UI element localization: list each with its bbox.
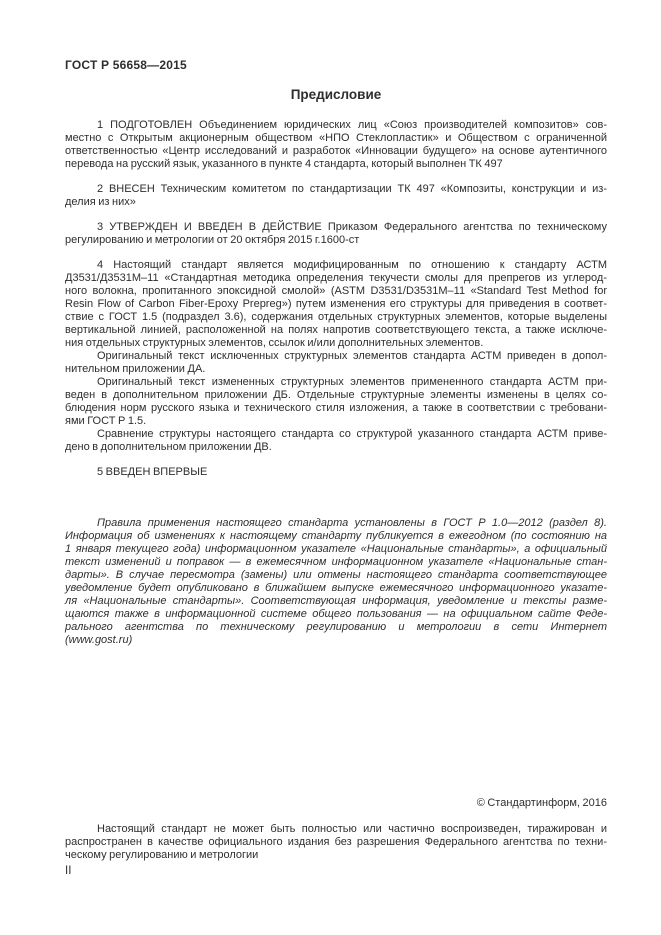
text-line: щаются также в информационной системе об… <box>65 608 607 621</box>
text-line: ля «Национальные стандарты». Соответству… <box>65 595 607 608</box>
text-line: Настоящий стандарт не может быть полност… <box>65 823 607 836</box>
text-line: Оригинальный текст измененных структурны… <box>65 376 607 389</box>
text-line: дено в дополнительном приложении ДВ. <box>65 441 607 454</box>
text-line: Сравнение структуры настоящего стандарта… <box>65 428 607 441</box>
text-line: Д3531/Д3531М–11 «Стандартная методика оп… <box>65 272 607 285</box>
text-line: 5 ВВЕДЕН ВПЕРВЫЕ <box>65 466 607 479</box>
text-line: (www.gost.ru) <box>65 634 607 647</box>
text-line: Оригинальный текст исключенных структурн… <box>65 350 607 363</box>
foreword-paragraph: Оригинальный текст исключенных структурн… <box>65 350 607 376</box>
text-line: ответственностью «Центр исследований и р… <box>65 145 607 158</box>
text-line: 3 УТВЕРЖДЕН И ВВЕДЕН В ДЕЙСТВИЕ Приказом… <box>65 221 607 234</box>
text-line: дарты». В случае пересмотра (замены) или… <box>65 569 607 582</box>
foreword-paragraph: Настоящий стандарт не может быть полност… <box>65 823 607 862</box>
foreword-paragraph: Правила применения настоящего стандарта … <box>65 517 607 647</box>
foreword-paragraph: 2 ВНЕСЕН Техническим комитетом по станда… <box>65 183 607 209</box>
standard-designation: ГОСТ Р 56658—2015 <box>65 58 607 72</box>
text-line: Правила применения настоящего стандарта … <box>65 517 607 530</box>
text-line: распространен в качестве официального из… <box>65 836 607 849</box>
text-line: текст изменений и поправок — в ежемесячн… <box>65 556 607 569</box>
page-number: II <box>65 865 607 878</box>
text-line: 2 ВНЕСЕН Техническим комитетом по станда… <box>65 183 607 196</box>
text-line: ния отдельных структурных элементов, ссы… <box>65 337 607 350</box>
text-line: 1 января текущего года) информационном у… <box>65 543 607 556</box>
text-line: перевода на русский язык, указанного в п… <box>65 158 607 171</box>
text-line: 1 ПОДГОТОВЛЕН Объединением юридических л… <box>65 119 607 132</box>
text-line: ного волокна, пропитанного эпоксидной см… <box>65 285 607 298</box>
page-title: Предисловие <box>65 87 607 102</box>
text-line: нительном приложении ДА. <box>65 363 607 376</box>
text-line: регулированию и метрологии от 20 октября… <box>65 234 607 247</box>
text-line: ствие с ГОСТ 1.5 (подраздел 3.6), содерж… <box>65 311 607 324</box>
text-line: 4 Настоящий стандарт является модифициро… <box>65 259 607 272</box>
text-line: уведомление будет опубликовано в ближайш… <box>65 582 607 595</box>
text-line: © Стандартинформ, 2016 <box>65 797 607 810</box>
document-page: ГОСТ Р 56658—2015 Предисловие 1 ПОДГОТОВ… <box>0 0 661 935</box>
text-line: делия из них» <box>65 196 607 209</box>
foreword-paragraph: 1 ПОДГОТОВЛЕН Объединением юридических л… <box>65 119 607 171</box>
foreword-paragraph: 5 ВВЕДЕН ВПЕРВЫЕ <box>65 466 607 479</box>
foreword-paragraph: 4 Настоящий стандарт является модифициро… <box>65 259 607 350</box>
text-line: местно с Открытым акционерным обществом … <box>65 132 607 145</box>
foreword-paragraph: Оригинальный текст измененных структурны… <box>65 376 607 428</box>
text-line: веден в дополнительном приложении ДБ. От… <box>65 389 607 402</box>
foreword-paragraph: © Стандартинформ, 2016 <box>65 797 607 810</box>
text-line: Информация об изменениях к настоящему ст… <box>65 530 607 543</box>
text-line: рального агентства по техническому регул… <box>65 621 607 634</box>
text-line: вертикальной линией, расположенной на по… <box>65 324 607 337</box>
foreword-paragraph: Сравнение структуры настоящего стандарта… <box>65 428 607 454</box>
foreword-body: 1 ПОДГОТОВЛЕН Объединением юридических л… <box>65 119 607 862</box>
text-line: ческому регулированию и метрологии <box>65 849 607 862</box>
text-line: Resin Flow of Carbon Fiber-Epoxy Prepreg… <box>65 298 607 311</box>
text-line: блюдения норм русского языка и техническ… <box>65 402 607 415</box>
foreword-paragraph: 3 УТВЕРЖДЕН И ВВЕДЕН В ДЕЙСТВИЕ Приказом… <box>65 221 607 247</box>
text-line: ями ГОСТ Р 1.5. <box>65 415 607 428</box>
